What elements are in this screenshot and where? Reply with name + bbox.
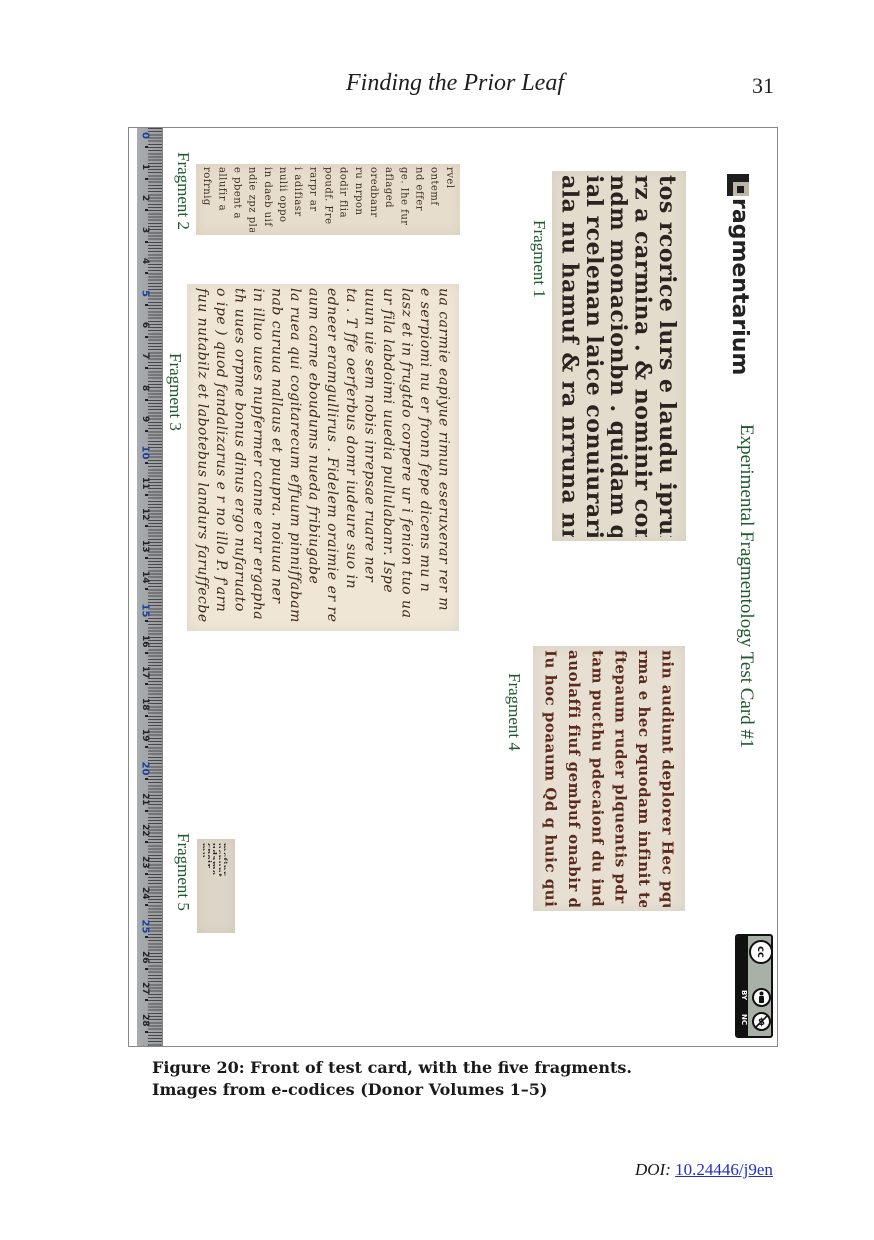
fragment-1-image: tos rcorice lurs e laudu iprur rz a carm… [552, 171, 686, 541]
ruler-half-mark [145, 430, 148, 432]
fragment-1-line: ala nu hamuf & ra nrruna nn 6a [558, 175, 582, 537]
fragment-3-line: edneer eramgullirus . Fidelem oraimie er… [324, 288, 340, 627]
running-head: Finding the Prior Leaf [346, 70, 564, 97]
fragment-3-line: ta . T ffe oerferbus domr iudeure suo in [343, 288, 359, 627]
ruler-half-mark [145, 873, 148, 875]
fragment-3-label: Fragment 3 [165, 353, 185, 431]
fragment-5-line: mcfinr [224, 843, 229, 929]
cc-icon: cc [749, 940, 773, 964]
ruler-number: 9 [140, 413, 150, 425]
fragment-2-line: e pbent a [231, 167, 242, 232]
fragment-2-label: Fragment 2 [173, 152, 193, 230]
fragment-5-image: mcfinr ucpunt udame cpeir mu [197, 839, 235, 933]
fragment-2-line: ru nrpon [353, 167, 364, 232]
ruler-number: 28 [140, 1014, 150, 1026]
fragment-2-line: i adifiasr [292, 167, 303, 232]
fragment-4-line: ftepaum ruder plquentis pdr [612, 650, 630, 907]
fragment-4-line: nin audiunt deplorer Hec pquof [658, 650, 676, 907]
fragmentarium-logo-icon [727, 174, 749, 196]
ruler-half-mark [145, 904, 148, 906]
ruler-half-mark [145, 683, 148, 685]
person-icon [752, 988, 771, 1007]
ruler-number: 4 [140, 255, 150, 267]
ruler: 0123456789101112131415161718192021222324… [137, 128, 163, 1046]
ruler-half-mark [145, 367, 148, 369]
fragment-2-line: dodir flia [338, 167, 349, 232]
ruler-half-mark [145, 1031, 148, 1033]
fragment-5-label: Fragment 5 [173, 833, 193, 911]
ruler-half-mark [145, 209, 148, 211]
fragment-3-line: uuun uie sem nobis inrepsae ruare ner [361, 288, 377, 627]
fragment-2-line: rvel [444, 167, 455, 232]
ruler-half-mark [145, 999, 148, 1001]
page-number: 31 [752, 73, 774, 99]
doi-link[interactable]: 10.24446/j9en [675, 1160, 773, 1179]
ruler-number: 13 [140, 540, 150, 552]
fragmentarium-logo: ragmentarium [727, 174, 753, 374]
ruler-half-mark [145, 620, 148, 622]
fragment-4-line: rma e hec pquodam infinit teor [635, 650, 653, 907]
ruler-number: 29 [140, 1045, 150, 1047]
ruler-half-mark [145, 462, 148, 464]
ruler-half-mark [145, 557, 148, 559]
fragment-2-line: ge. Ihe fur [398, 167, 409, 232]
fragment-3-line: e serpiomi nu er fronn fepe dicens mu n [417, 288, 433, 627]
ruler-number: 3 [140, 224, 150, 236]
ruler-half-mark [145, 241, 148, 243]
ruler-number: 2 [140, 192, 150, 204]
doi-label: DOI: [635, 1160, 671, 1179]
ruler-half-mark [145, 810, 148, 812]
ruler-half-mark [145, 178, 148, 180]
fragment-2-line: rarpr ar [307, 167, 318, 232]
fragment-1-line: ial rcelenan laice conuiurario [582, 175, 606, 537]
fragment-2-line: allufir a [216, 167, 227, 232]
figure-caption: Figure 20: Front of test card, with the … [152, 1057, 632, 1101]
ruler-half-mark [145, 841, 148, 843]
ruler-number: 5 [140, 288, 151, 300]
card-title: Experimental Fragmentology Test Card #1 [735, 424, 757, 748]
ruler-half-mark [145, 494, 148, 496]
test-card-figure: 0123456789101112131415161718192021222324… [128, 127, 778, 1047]
fragment-1-line: ndm monacionbn . quidam quamliba [607, 175, 631, 537]
ruler-number: 22 [140, 824, 150, 836]
ruler-number: 25 [140, 920, 151, 932]
ruler-number: 19 [140, 729, 150, 741]
fragment-3-line: la ruea qui cogitarecum effuum pinniffab… [287, 288, 303, 627]
ruler-half-mark [145, 746, 148, 748]
fragment-4-line: tam pucthu pdecaionf du inder [588, 650, 606, 907]
fragment-2-line: oredbanr [368, 167, 379, 232]
ruler-half-mark [145, 304, 148, 306]
fragment-3-line: nab curuua nallaus et puupra. noiuua ner [269, 288, 285, 627]
caption-line-1: Figure 20: Front of test card, with the … [152, 1057, 632, 1079]
fragment-4-line: auolaffi fiuf gembuf onabir duce [565, 650, 583, 907]
ruler-half-mark [145, 968, 148, 970]
by-label: BY [737, 990, 748, 1000]
ruler-number: 17 [140, 666, 150, 678]
fragment-3-line: ua carmie eapiyue rimun eseruxerar rer m [436, 288, 452, 627]
ruler-half-mark [145, 525, 148, 527]
ruler-ticks [148, 128, 162, 1046]
ruler-number: 12 [140, 508, 150, 520]
fragment-2-image: rvel ontemf nd effer ge. Ihe fur aflaged… [196, 164, 460, 235]
ruler-number: 15 [140, 604, 151, 616]
ruler-number: 0 [140, 130, 151, 142]
fragment-4-line: Iu hoc poaaum Qd q huic qui d [542, 650, 560, 907]
ruler-number: 7 [140, 350, 150, 362]
no-commercial-icon: $ [752, 1012, 771, 1031]
ruler-number: 27 [140, 982, 150, 994]
fragment-2-line: ndie zpz pla [247, 167, 258, 232]
fragment-2-line: rofrnig [201, 167, 212, 232]
ruler-half-mark [145, 715, 148, 717]
fragment-2-line: aflaged [383, 167, 394, 232]
ruler-number: 21 [140, 793, 150, 805]
fragment-2-line: ontemf [429, 167, 440, 232]
ruler-half-mark [145, 652, 148, 654]
fragmentarium-logo-text: ragmentarium [727, 198, 752, 375]
fragment-1-line: rz a carmina . & nominir com me [631, 175, 655, 537]
ruler-half-mark [145, 146, 148, 148]
fragment-3-line: aum carne eboudums nueda fribiugabe [306, 288, 322, 627]
fragment-3-image: ua carmie eapiyue rimun eseruxerar rer m… [187, 284, 459, 631]
fragment-3-line: ur fila labdoimi uuedia pullulabanr. Isp… [380, 288, 396, 627]
ruler-number: 1 [140, 161, 150, 173]
license-label-strip: BY NC [737, 936, 748, 1036]
ruler-number: 8 [140, 382, 150, 394]
fragment-3-line: th uues orpme bonus dinus ergo nufaruato [231, 288, 247, 627]
ruler-number: 23 [140, 856, 150, 868]
fragment-2-line: in daeb uif [262, 167, 273, 232]
ruler-number: 14 [140, 571, 150, 583]
ruler-number: 24 [140, 887, 150, 899]
ruler-half-mark [145, 272, 148, 274]
ruler-number: 11 [140, 477, 150, 489]
fragment-2-line: poudf. Fre [322, 167, 333, 232]
ruler-half-mark [145, 336, 148, 338]
fragment-2-line: nd effer [413, 167, 424, 232]
ruler-number: 18 [140, 698, 150, 710]
fragment-1-label: Fragment 1 [529, 220, 549, 298]
fragment-3-line: in illuo uues nupfermer canne erar ergap… [250, 288, 266, 627]
ruler-number: 20 [140, 762, 151, 774]
ruler-number: 10 [140, 446, 151, 458]
ruler-number: 6 [140, 319, 150, 331]
ruler-half-mark [145, 588, 148, 590]
cc-license-badge: BY NC cc $ [735, 934, 773, 1038]
caption-line-2: Images from e-codices (Donor Volumes 1–5… [152, 1079, 632, 1101]
ruler-number: 16 [140, 635, 150, 647]
fragment-4-image: nin audiunt deplorer Hec pquof rma e hec… [533, 646, 685, 911]
nc-label: NC [737, 1014, 748, 1025]
fragment-2-line: nulii oppo [277, 167, 288, 232]
ruler-half-mark [145, 778, 148, 780]
ruler-half-mark [145, 399, 148, 401]
fragment-1-line: tos rcorice lurs e laudu iprur [656, 175, 680, 537]
fragment-4-label: Fragment 4 [504, 673, 524, 751]
doi-footer: DOI: 10.24446/j9en [635, 1160, 773, 1180]
fragment-3-line: lasz et in frugtdo corpere ur i fenion t… [398, 288, 414, 627]
fragment-3-line: o ipe ) quod fandalizarus e r no illo P.… [213, 288, 229, 627]
ruler-half-mark [145, 936, 148, 938]
fragment-3-line: fuu nutabilz et labotebus landurs faruff… [194, 288, 210, 627]
ruler-number: 26 [140, 951, 150, 963]
